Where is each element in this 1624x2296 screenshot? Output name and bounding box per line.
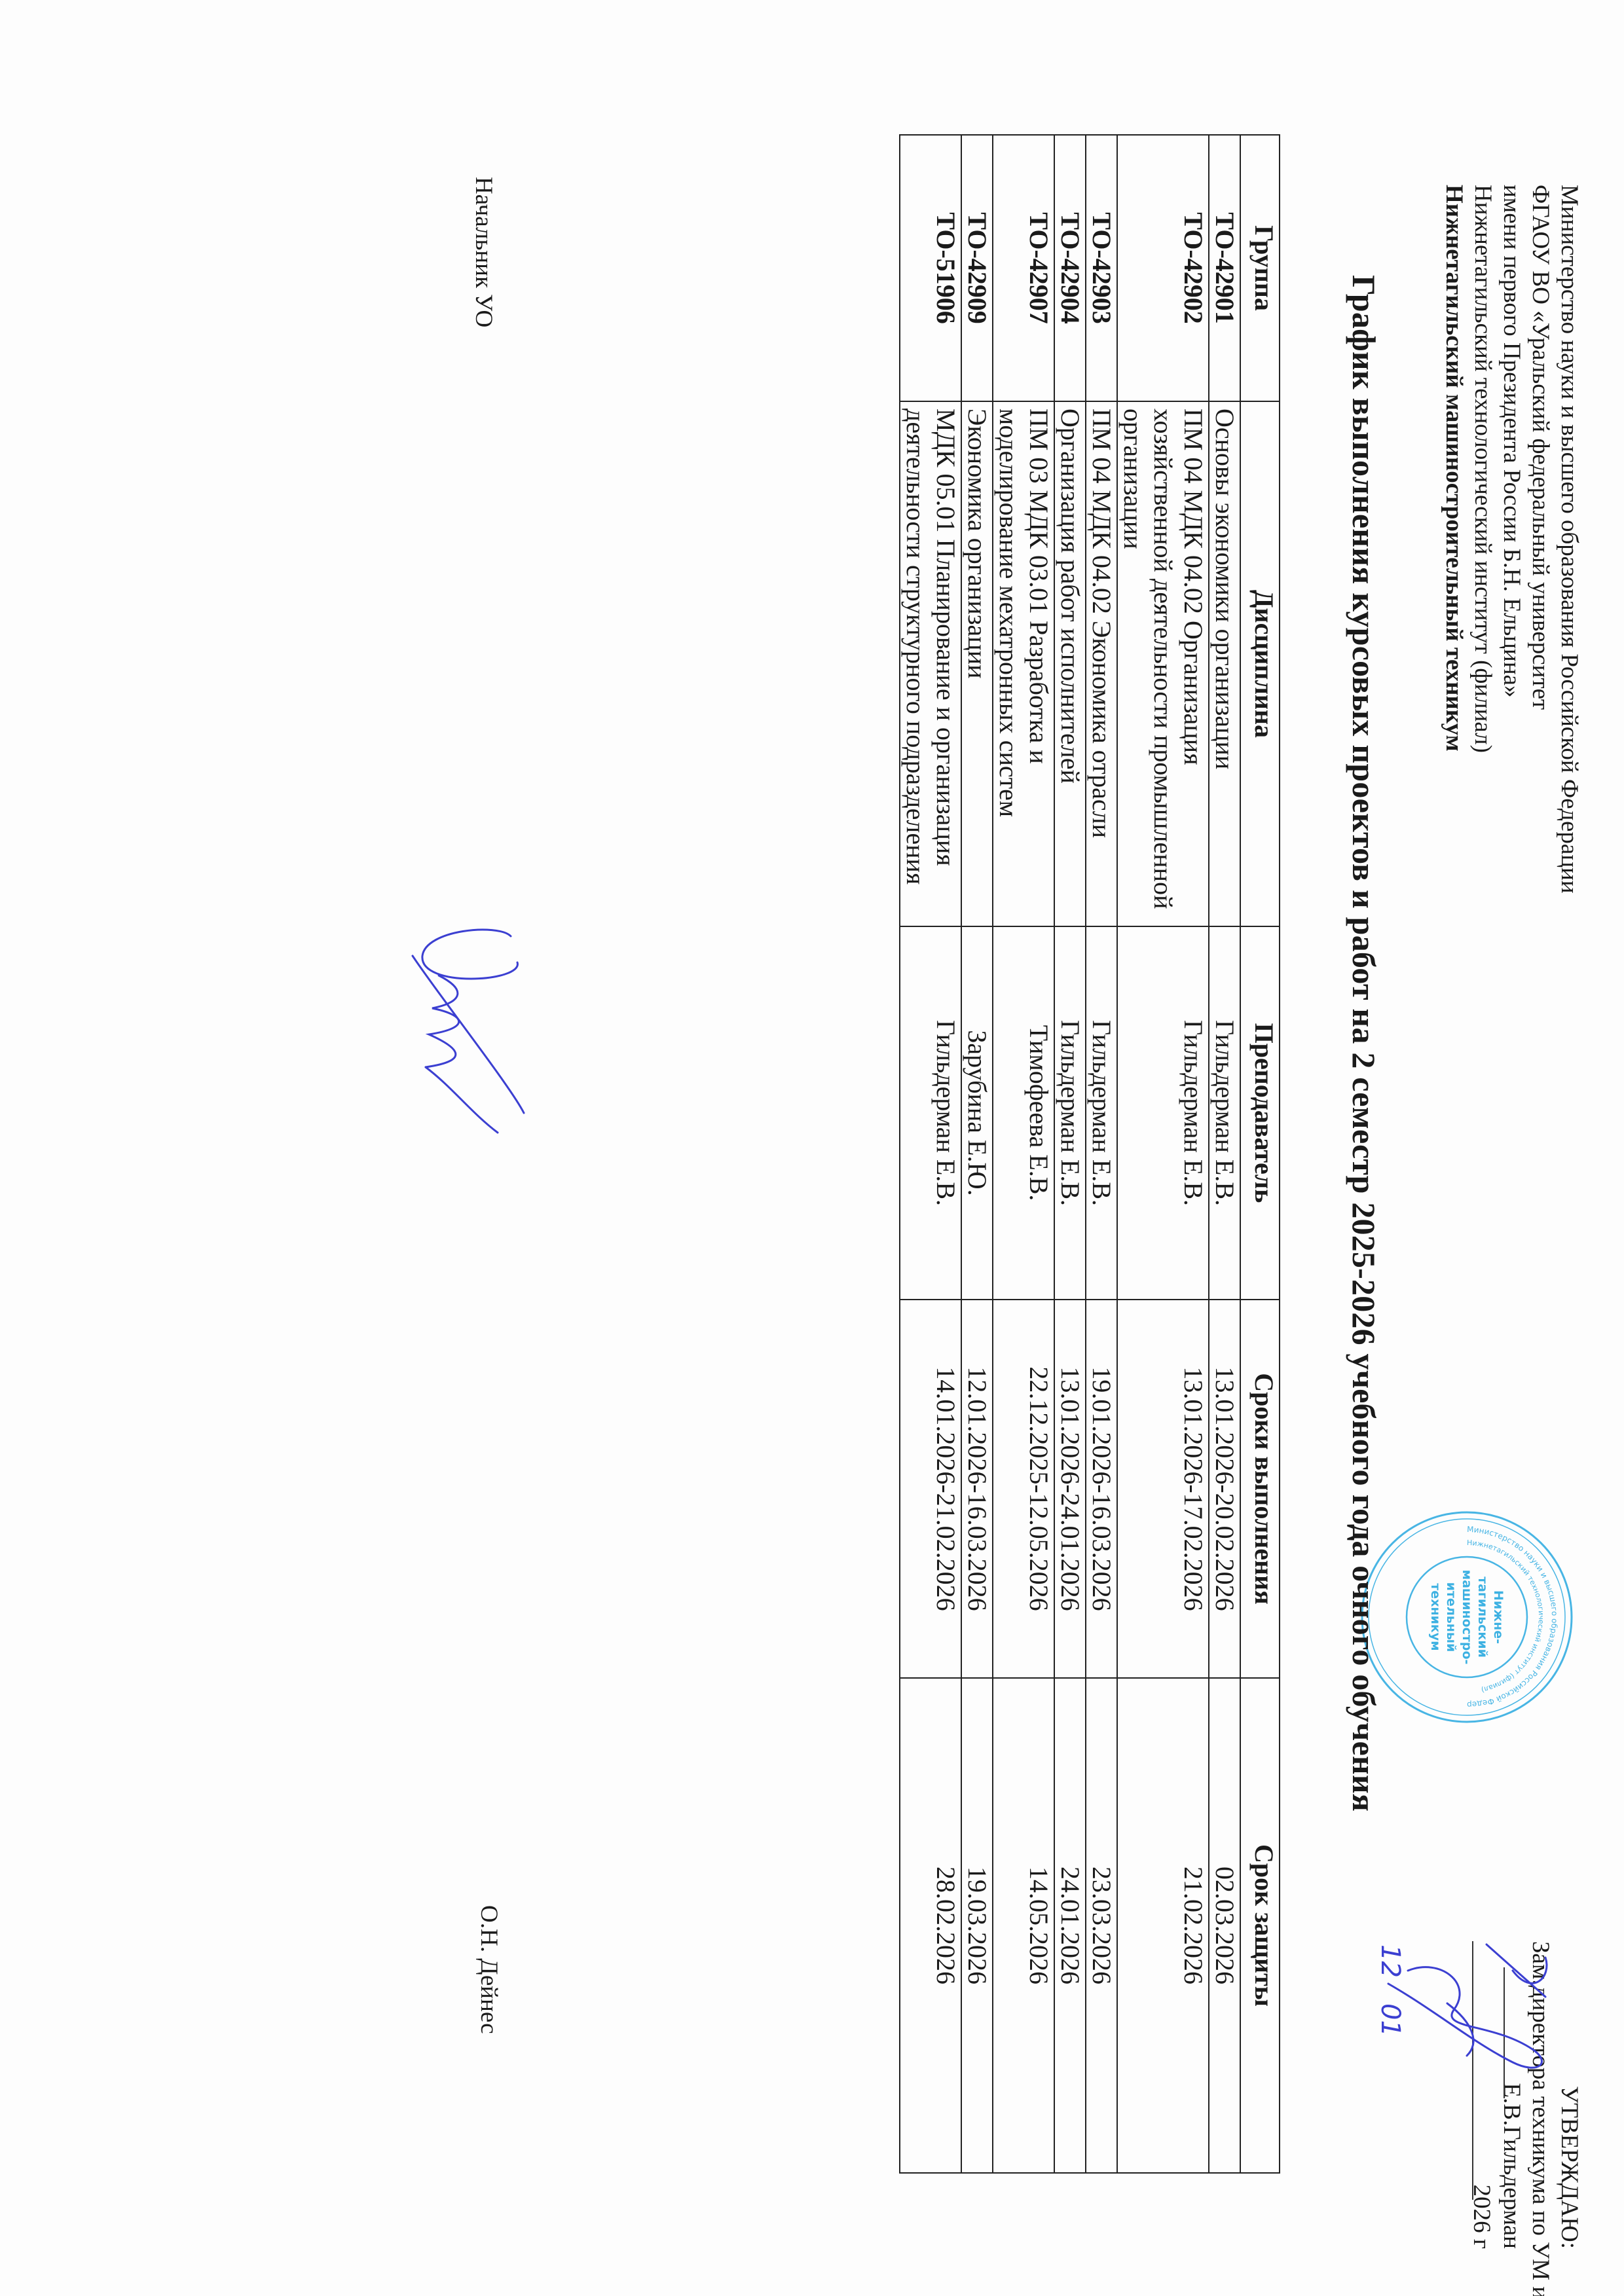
cell-teacher: Гильдерман Е.В.: [1086, 926, 1117, 1300]
cell-period: 19.01.2026-16.03.2026: [1086, 1300, 1117, 1678]
org-line-technikum: Нижнетагильский машиностроительный техни…: [1439, 185, 1468, 894]
cell-defense: 23.03.2026: [1086, 1678, 1117, 2173]
table-header-row: Группа Дисциплина Преподаватель Сроки вы…: [1240, 135, 1280, 2173]
cell-group: ТО-42909: [961, 135, 993, 401]
org-line: ФГАОУ ВО «Уральский федеральный универси…: [1526, 185, 1555, 894]
cell-discipline: Основы экономики организации: [1209, 401, 1240, 926]
table-row: ТО-42904 Организация работ исполнителей …: [1054, 135, 1086, 2173]
cell-defense: 02.03.2026: [1209, 1678, 1240, 2173]
column-header-discipline: Дисциплина: [1240, 401, 1280, 926]
approval-name: Е.В.Гильдерман: [1498, 2083, 1525, 2249]
table-row: ТО-42902 ПМ 04 МДК 04.02 Организация хоз…: [1117, 135, 1209, 2173]
head-signature-icon: [406, 917, 537, 1192]
column-header-defense: Срок защиты: [1240, 1678, 1280, 2173]
cell-teacher: Гильдерман Е.В.: [1209, 926, 1240, 1300]
cell-defense: 24.01.2026: [1054, 1678, 1086, 2173]
document-page: Министерство науки и высшего образования…: [0, 0, 1624, 2296]
cell-teacher: Гильдерман Е.В.: [1117, 926, 1209, 1300]
org-line: Нижнетагильский технологический институт…: [1468, 185, 1497, 894]
official-stamp-icon: Министерство науки и высшего образования…: [1356, 1506, 1578, 1728]
cell-defense: 28.02.2026: [900, 1678, 961, 2173]
column-header-period: Сроки выполнения: [1240, 1300, 1280, 1678]
org-line: имени первого Президента России Б.Н. Ель…: [1497, 185, 1526, 894]
cell-period: 13.01.2026-17.02.2026: [1117, 1300, 1209, 1678]
cell-teacher: Зарубина Е.Ю.: [961, 926, 993, 1300]
table-row: ТО-42909 Экономика организации Зарубина …: [961, 135, 993, 2173]
column-header-group: Группа: [1240, 135, 1280, 401]
cell-group: ТО-42901: [1209, 135, 1240, 401]
stamp-line: техникум: [1428, 1583, 1443, 1650]
document-title: График выполнения курсовых проектов и ра…: [1345, 275, 1383, 1812]
cell-teacher: Гильдерман Е.В.: [900, 926, 961, 1300]
approval-date-month: 01: [1375, 2003, 1405, 2037]
signatory-name: О.Н. Дейнес: [475, 1905, 503, 2034]
organization-header: Министерство науки и высшего образования…: [1439, 185, 1583, 894]
stamp-line: машиностро-: [1460, 1570, 1474, 1665]
cell-discipline: ПМ 04 МДК 04.02 Организация хозяйственно…: [1117, 401, 1209, 926]
stamp-line: тагильский: [1475, 1576, 1490, 1658]
cell-group: ТО-42903: [1086, 135, 1117, 401]
cell-discipline: ПМ 03 МДК 03.01 Разработка и моделирован…: [993, 401, 1054, 926]
cell-defense: 21.02.2026: [1117, 1678, 1209, 2173]
table-row: ТО-42903 ПМ 04 МДК 04.02 Экономика отрас…: [1086, 135, 1117, 2173]
cell-group: ТО-42902: [1117, 135, 1209, 401]
cell-group: ТО-42907: [993, 135, 1054, 401]
cell-discipline: Организация работ исполнителей: [1054, 401, 1086, 926]
cell-group: ТО-51906: [900, 135, 961, 401]
cell-group: ТО-42904: [1054, 135, 1086, 401]
column-header-teacher: Преподаватель: [1240, 926, 1280, 1300]
table-row: ТО-42907 ПМ 03 МДК 03.01 Разработка и мо…: [993, 135, 1054, 2173]
stamp-line: Нижне-: [1491, 1590, 1505, 1644]
table-row: ТО-42901 Основы экономики организации Ги…: [1209, 135, 1240, 2173]
org-line: Министерство науки и высшего образования…: [1555, 185, 1583, 894]
cell-discipline: МДК 05.01 Планирование и организация дея…: [900, 401, 961, 926]
cell-period: 13.01.2026-24.01.2026: [1054, 1300, 1086, 1678]
cell-period: 22.12.2025-12.05.2026: [993, 1300, 1054, 1678]
coursework-schedule-table: Группа Дисциплина Преподаватель Сроки вы…: [899, 134, 1280, 2174]
cell-period: 13.01.2026-20.02.2026: [1209, 1300, 1240, 1678]
cell-period: 14.01.2026-21.02.2026: [900, 1300, 961, 1678]
approval-date-day: 12: [1375, 1944, 1405, 1978]
cell-defense: 14.05.2026: [993, 1678, 1054, 2173]
stamp-line: ительный: [1444, 1582, 1458, 1652]
cell-discipline: ПМ 04 МДК 04.02 Экономика отрасли: [1086, 401, 1117, 926]
approval-signature-icon: 12 01: [1375, 1931, 1572, 2082]
table-row: ТО-51906 МДК 05.01 Планирование и органи…: [900, 135, 961, 2173]
cell-defense: 19.03.2026: [961, 1678, 993, 2173]
cell-period: 12.01.2026-16.03.2026: [961, 1300, 993, 1678]
cell-discipline: Экономика организации: [961, 401, 993, 926]
cell-teacher: Тимофеева Е.В.: [993, 926, 1054, 1300]
cell-teacher: Гильдерман Е.В.: [1054, 926, 1086, 1300]
signatory-position: Начальник УО: [470, 177, 498, 327]
